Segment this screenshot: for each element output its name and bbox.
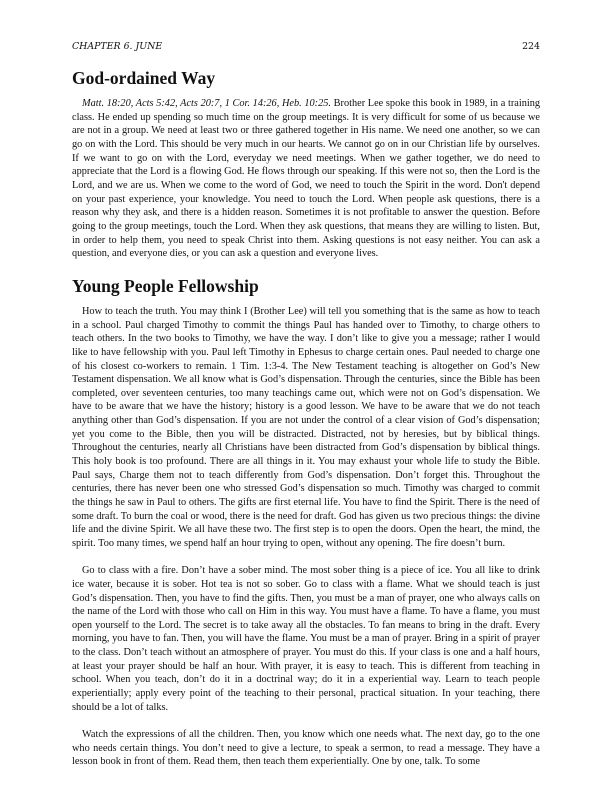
chapter-label: CHAPTER 6. JUNE — [72, 40, 162, 54]
section-god-ordained-way: God-ordained Way Matt. 18:20, Acts 5:42,… — [72, 68, 540, 261]
section-heading: God-ordained Way — [72, 68, 540, 88]
paragraph: Watch the expressions of all the childre… — [72, 728, 540, 769]
section-young-people-fellowship: Young People Fellowship How to teach the… — [72, 276, 540, 769]
running-header: CHAPTER 6. JUNE 224 — [72, 40, 540, 54]
paragraph: Go to class with a fire. Don’t have a so… — [72, 564, 540, 714]
scripture-references: Matt. 18:20, Acts 5:42, Acts 20:7, 1 Cor… — [82, 98, 331, 109]
section-heading: Young People Fellowship — [72, 276, 540, 296]
page-number: 224 — [522, 40, 540, 54]
document-page: CHAPTER 6. JUNE 224 God-ordained Way Mat… — [72, 40, 540, 769]
paragraph: How to teach the truth. You may think I … — [72, 305, 540, 551]
paragraph-text: Brother Lee spoke this book in 1989, in … — [72, 98, 540, 259]
paragraph: Matt. 18:20, Acts 5:42, Acts 20:7, 1 Cor… — [72, 97, 540, 261]
